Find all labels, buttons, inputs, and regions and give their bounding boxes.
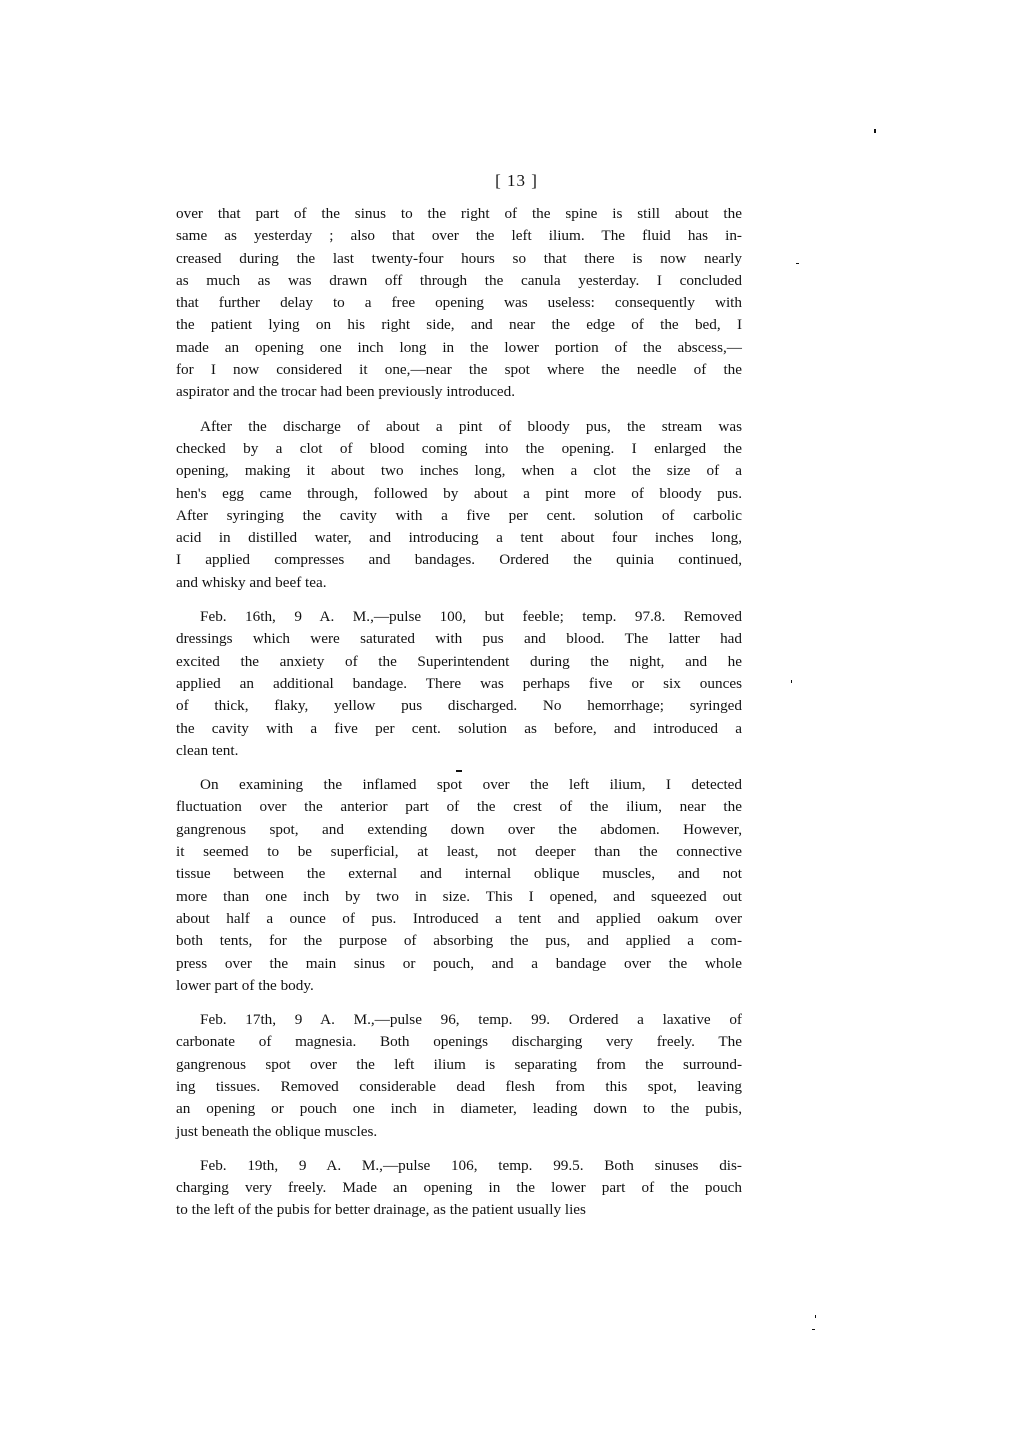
text-line: tissue between the external and internal… xyxy=(176,863,742,885)
text-line: After the discharge of about a pint of b… xyxy=(176,416,742,438)
text-line: ing tissues. Removed considerable dead f… xyxy=(176,1076,742,1098)
text-line: checked by a clot of blood coming into t… xyxy=(176,438,742,460)
text-line: clean tent. xyxy=(176,740,742,762)
paragraph-discharge: After the discharge of about a pint of b… xyxy=(176,416,742,594)
text-line: it seemed to be superficial, at least, n… xyxy=(176,841,742,863)
text-line: an opening or pouch one inch in diameter… xyxy=(176,1098,742,1120)
text-line: more than one inch by two in size. This … xyxy=(176,886,742,908)
text-line: Feb. 17th, 9 A. M.,—pulse 96, temp. 99. … xyxy=(176,1009,742,1031)
text-line: After syringing the cavity with a five p… xyxy=(176,505,742,527)
text-line: of thick, flaky, yellow pus discharged. … xyxy=(176,695,742,717)
text-line: as much as was drawn off through the can… xyxy=(176,270,742,292)
text-line: over that part of the sinus to the right… xyxy=(176,203,742,225)
scan-speck xyxy=(791,680,792,683)
text-line: charging very freely. Made an opening in… xyxy=(176,1177,742,1199)
scan-speck xyxy=(815,1315,816,1318)
paragraph-feb-17: Feb. 17th, 9 A. M.,—pulse 96, temp. 99. … xyxy=(176,1009,742,1143)
body-text: over that part of the sinus to the right… xyxy=(176,203,742,1222)
text-line: that further delay to a free opening was… xyxy=(176,292,742,314)
text-line: for I now considered it one,—near the sp… xyxy=(176,359,742,381)
text-line: both tents, for the purpose of absorbing… xyxy=(176,930,742,952)
paragraph-feb-19: Feb. 19th, 9 A. M.,—pulse 106, temp. 99.… xyxy=(176,1155,742,1222)
text-line: Feb. 19th, 9 A. M.,—pulse 106, temp. 99.… xyxy=(176,1155,742,1177)
text-line: I applied compresses and bandages. Order… xyxy=(176,549,742,571)
text-line: gangrenous spot, and extending down over… xyxy=(176,819,742,841)
text-line: gangrenous spot over the left ilium is s… xyxy=(176,1054,742,1076)
text-line: same as yesterday ; also that over the l… xyxy=(176,225,742,247)
paragraph-continuation: over that part of the sinus to the right… xyxy=(176,203,742,404)
scan-speck xyxy=(874,129,876,133)
text-line: press over the main sinus or pouch, and … xyxy=(176,953,742,975)
text-line: creased during the last twenty-four hour… xyxy=(176,248,742,270)
scan-speck xyxy=(796,263,799,264)
text-line: Feb. 16th, 9 A. M.,—pulse 100, but feebl… xyxy=(176,606,742,628)
text-line: and whisky and beef tea. xyxy=(176,572,742,594)
text-line: acid in distilled water, and introducing… xyxy=(176,527,742,549)
text-line: made an opening one inch long in the low… xyxy=(176,337,742,359)
scan-speck xyxy=(812,1329,815,1330)
text-line: the patient lying on his right side, and… xyxy=(176,314,742,336)
text-line: applied an additional bandage. There was… xyxy=(176,673,742,695)
text-line: On examining the inflamed spot over the … xyxy=(176,774,742,796)
paragraph-left-ilium: On examining the inflamed spot over the … xyxy=(176,774,742,997)
text-line: carbonate of magnesia. Both openings dis… xyxy=(176,1031,742,1053)
paragraph-feb-16: Feb. 16th, 9 A. M.,—pulse 100, but feebl… xyxy=(176,606,742,762)
text-line: just beneath the oblique muscles. xyxy=(176,1121,742,1143)
text-line: fluctuation over the anterior part of th… xyxy=(176,796,742,818)
page-number: [ 13 ] xyxy=(0,171,1033,191)
text-line: the cavity with a five per cent. solutio… xyxy=(176,718,742,740)
text-line: about half a ounce of pus. Introduced a … xyxy=(176,908,742,930)
text-line: lower part of the body. xyxy=(176,975,742,997)
text-line: excited the anxiety of the Superintenden… xyxy=(176,651,742,673)
text-line: opening, making it about two inches long… xyxy=(176,460,742,482)
text-line: to the left of the pubis for better drai… xyxy=(176,1199,742,1221)
text-line: dressings which were saturated with pus … xyxy=(176,628,742,650)
text-line: hen's egg came through, followed by abou… xyxy=(176,483,742,505)
scan-speck xyxy=(456,770,462,772)
text-line: aspirator and the trocar had been previo… xyxy=(176,381,742,403)
